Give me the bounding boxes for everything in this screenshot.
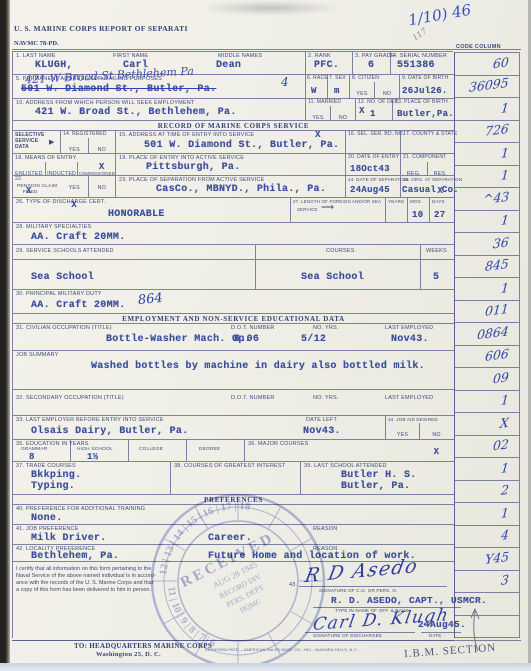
citizen-yes-cell: YES X [350, 82, 374, 98]
inducted-cell: INDUCTED [45, 162, 78, 175]
citizen-label: 8. CITIZEN [352, 76, 379, 82]
ibm-arrow-icon [458, 608, 494, 652]
last-school-label: 39. LAST SCHOOL ATTENDED [304, 463, 387, 469]
education-label: 35. EDUCATION IN YEARS [16, 441, 89, 447]
cell-education: 35. EDUCATION IN YEARS GRAMMAR 8 HIGH SC… [13, 440, 245, 461]
cell-last-employer: 33. LAST EMPLOYER BEFORE ENTRY INTO SERV… [13, 416, 386, 439]
cell-place-of-separation: 23. PLACE OF SEPARATION FROM ACTIVE SERV… [116, 176, 346, 197]
date-left-label: DATE LEFT [306, 417, 337, 423]
cell-sex: 7. SEX m [328, 75, 350, 98]
cell-years: YEARS [386, 198, 408, 222]
addressee-line-1: TO: HEADQUARTERS MARINE CORPS [74, 642, 212, 650]
grammar-value: 8 [29, 452, 35, 462]
pension-no-cell: NO [88, 176, 116, 197]
months-label: MOS. [410, 199, 422, 204]
last-employed-label: LAST EMPLOYED [385, 325, 433, 331]
cell-schools-header: 29. SERVICE SCHOOLS ATTENDED [13, 245, 256, 259]
county-state-label: 17. COUNTY & STATE [403, 132, 457, 138]
code-value: Y45 [484, 548, 509, 566]
org-at-separation-value: Casual Co. [402, 185, 459, 195]
no-label: NO [383, 91, 391, 97]
cert-line-2: Naval Service of the above named individ… [16, 573, 156, 580]
code-column: 60 36095 1 726 1 1 ^43 1 36 845 1 011 08… [454, 52, 520, 638]
trade-course-1: Bkkping. [31, 470, 81, 481]
no-label: NO [98, 185, 106, 191]
military-specialties-label: 28. MILITARY SPECIALTIES [16, 224, 91, 230]
selective-board-label: 16. SEL. SER. BD. NO. [348, 132, 404, 138]
row-means-of-entry: 18. MEANS OF ENTRY ENLISTED X INDUCTED C… [13, 154, 454, 176]
course-value: Sea School [301, 272, 364, 283]
arrow-right-icon: ⟶ [321, 202, 334, 213]
pension-filed-label: FILED [23, 190, 38, 196]
cell-school-value: Sea School [13, 260, 256, 289]
entry-address-value: 501 W. Diamond St., Butler, Pa. [144, 140, 339, 151]
cell-place-of-birth: 13. PLACE OF BIRTH Butler,Pa. [393, 99, 453, 120]
service-schools-label: 29. SERVICE SCHOOLS ATTENDED [16, 248, 114, 254]
component-res-cell: RES. X [427, 162, 454, 175]
cell-pension-claim: 22. PENSION CLAIM FILED YES X NO [13, 176, 116, 197]
cell-principal-duty: 30. PRINCIPAL MILITARY DUTY AA. Craft 20… [13, 290, 453, 313]
last-employed-value: Nov43. [391, 334, 429, 345]
ssd-label-3: DATA [15, 145, 29, 151]
cell-job-summary: JOB SUMMARY Washed bottles by machine in… [13, 351, 453, 389]
additional-training-value: None. [31, 513, 63, 524]
means-options: ENLISTED X INDUCTED COMMISSIONED [13, 162, 115, 175]
yes-label: YES [69, 147, 80, 153]
rank-value: PFC. [314, 60, 339, 71]
handwritten-mark-4: 4 [281, 75, 289, 89]
no-label: NO [432, 432, 440, 438]
cert-line-1: I certify that all information on this f… [16, 566, 151, 573]
pay-grade-label: 3. PAY GRADE [355, 53, 395, 59]
last-school-line-1: Butler H. S. [341, 470, 417, 481]
pension-yes-cell: YES X [61, 176, 88, 197]
registered-no-cell: NO X [88, 138, 116, 153]
married-label: 11. MARRIED [308, 100, 341, 106]
college-cell: COLLEGE [129, 440, 187, 461]
locality-preference-value: Bethlehem, Pa. [31, 551, 119, 562]
job-preference-label: 41. JOB PREFERENCE [16, 526, 79, 532]
means-of-entry-label: 18. MEANS OF ENTRY [15, 155, 77, 161]
cell-date-of-entry: 20. DATE OF ENTRY 18Oct43 [346, 154, 401, 175]
component-reg-cell: REG. [401, 162, 427, 175]
principal-duty-label: 30. PRINCIPAL MILITARY DUTY [16, 291, 102, 297]
code-cell: 1 [455, 211, 519, 234]
cell-serial: 4. SERIAL NUMBER 551386 [391, 52, 453, 74]
place-of-entry-value: Pittsburgh, Pa. [146, 162, 241, 173]
code-value: 1 [500, 392, 509, 408]
code-cell: 1 [455, 458, 519, 481]
code-value: 1 [500, 167, 509, 183]
row-schools-values: Sea School Sea School 5 [13, 260, 454, 290]
race-value: W [311, 86, 317, 96]
code-value: X [499, 414, 509, 430]
cert-line-3: ance with the records of the U. S. Marin… [16, 580, 153, 587]
place-of-birth-value: Butler,Pa. [397, 109, 454, 119]
code-value: 606 [485, 346, 510, 364]
principal-duty-value: AA. Craft 20MM. [31, 300, 126, 311]
code-cell: 1 [455, 143, 519, 166]
code-cell: 60 [455, 53, 519, 76]
cell-dob: 9. DATE OF BIRTH 26Jul26. [400, 75, 453, 98]
binding-edge [0, 0, 10, 671]
cell-weeks-header: WEEKS [421, 245, 453, 259]
section-title: RECORD OF MARINE CORPS SERVICE [158, 122, 310, 130]
handwritten-date-annotation: 1/10) 46 [407, 1, 473, 30]
code-value: 1 [500, 99, 509, 115]
row-civilian-occupation: 31. CIVILIAN OCCUPATION (TITLE) D.O.T. N… [13, 324, 454, 351]
job-aid-yes-cell: YES [386, 423, 419, 439]
row-principal-duty: 30. PRINCIPAL MILITARY DUTY AA. Craft 20… [13, 290, 454, 314]
code-cell: 02 [455, 436, 519, 459]
code-cell: 09 [455, 368, 519, 391]
cell-secondary-occupation: 32. SECONDARY OCCUPATION (TITLE) D.O.T. … [13, 390, 453, 415]
pointer-right-icon: ▶ [49, 138, 54, 146]
cell-selective-service: SELECTIVE SERVICE DATA ▶ [13, 131, 61, 153]
first-name-label: FIRST NAME [113, 53, 148, 59]
code-cell: 606 [455, 346, 519, 369]
major-courses-label: 36. MAJOR COURSES [248, 441, 309, 447]
courses-of-interest-label: 38. COURSES OF GREATEST INTEREST [174, 463, 285, 469]
married-yes-cell: YES X [306, 106, 330, 120]
addressee-line-2: Washington 25, D. C. [96, 651, 212, 658]
row-separation: 22. PENSION CLAIM FILED YES X NO 23. PLA… [13, 176, 454, 198]
employment-address-label: 10. ADDRESS FROM WHICH PERSON WILL SEEK … [16, 100, 195, 106]
cell-component: 21. COMPONENT REG. RES. X [401, 154, 453, 175]
trade-course-2: Typing. [31, 481, 75, 492]
days-value: 27 [434, 210, 445, 220]
job-summary-label: JOB SUMMARY [16, 352, 58, 358]
page-title: U. S. MARINE CORPS REPORT OF SEPARATI [14, 24, 188, 33]
code-value: 726 [485, 121, 510, 139]
pencil-smudge [200, 0, 340, 16]
registered-yes-cell: YES [61, 138, 88, 153]
code-value: 1 [500, 504, 509, 520]
occupation-title-value: Bottle-Washer Mach. Op. [106, 334, 251, 345]
code-cell: X [455, 413, 519, 436]
place-of-separation-label: 23. PLACE OF SEPARATION FROM ACTIVE SERV… [119, 177, 265, 183]
row-education: 35. EDUCATION IN YEARS GRAMMAR 8 HIGH SC… [13, 440, 454, 462]
job-preference-value: Milk Driver. [31, 533, 107, 544]
row-schools-header: 29. SERVICE SCHOOLS ATTENDED COURSES WEE… [13, 245, 454, 260]
row-employment-address: 10. ADDRESS FROM WHICH PERSON WILL SEEK … [13, 99, 454, 121]
college-label: COLLEGE [139, 447, 163, 453]
cell-weeks-value: 5 [421, 260, 453, 289]
last-employed-label: LAST EMPLOYED [385, 395, 433, 401]
code-cell: 1 [455, 166, 519, 189]
section-header-service: RECORD OF MARINE CORPS SERVICE [13, 121, 454, 131]
row-permanent-address: 5. PERMANENT ADDRESS FOR MAILING PURPOSE… [13, 75, 454, 99]
serial-value: 551386 [397, 60, 435, 71]
cell-discharge-cert: 26. TYPE OF DISCHARGE CERT. HONORABLE [13, 198, 291, 222]
cell-entry-address: 15. ADDRESS AT TIME OF ENTRY INTO SERVIC… [116, 131, 346, 153]
rank-label: 2. RANK [308, 53, 331, 59]
sex-label: 7. SEX [329, 76, 346, 82]
yes-label: YES [69, 185, 80, 191]
cell-dependents: 12. NO. OF DEP. 1 [356, 99, 393, 120]
code-value: 36095 [469, 75, 510, 95]
section-header-employment: EMPLOYMENT AND NON-SERVICE EDUCATIONAL D… [13, 314, 454, 324]
discharge-cert-label: 26. TYPE OF DISCHARGE CERT. [16, 199, 106, 205]
place-of-separation-value: CasCo., MBNYD., Phila., Pa. [156, 184, 326, 195]
code-cell: 1 [455, 503, 519, 526]
last-employer-value: Olsais Dairy, Butler, Pa. [31, 426, 189, 437]
foreign-service-label-1: 27. LENGTH OF FOREIGN AND/OR SEA [293, 199, 381, 204]
discharge-cert-value: HONORABLE [108, 209, 165, 220]
married-no-cell: NO [330, 106, 355, 120]
years-label: YEARS [388, 199, 404, 204]
cell-course-value: Sea School [256, 260, 421, 289]
last-school-line-2: Butler, Pa. [341, 481, 410, 492]
row-discharge: 26. TYPE OF DISCHARGE CERT. HONORABLE 27… [13, 198, 454, 223]
military-specialties-value: AA. Craft 20MM. [31, 232, 126, 243]
middle-names-label: MIDDLE NAMES [218, 53, 262, 59]
no-label: NO [98, 147, 106, 153]
code-cell: 726 [455, 121, 519, 144]
form-number: NAVMC 78-PD. [14, 40, 59, 47]
printer-imprint: REDIFORM-PATD.—AMERICAN SALES BOOK CO., … [205, 648, 357, 652]
code-cell: ^43 [455, 188, 519, 211]
code-cell: 0864 [455, 323, 519, 346]
no-yrs-label: NO. YRS. [313, 325, 339, 331]
no-yrs-label: NO. YRS. [313, 395, 339, 401]
dob-value: 26Jul26. [402, 86, 448, 96]
entry-address-label: 15. ADDRESS AT TIME OF ENTRY INTO SERVIC… [119, 132, 254, 138]
dot-number-label: D.O.T. NUMBER [231, 395, 275, 401]
component-options: REG. RES. X [401, 162, 453, 175]
code-value: 02 [492, 436, 509, 453]
dependents-value: 1 [370, 109, 376, 119]
code-value: 1 [500, 212, 509, 228]
additional-training-label: 40. PREFERENCE FOR ADDITIONAL TRAINING [16, 506, 145, 512]
code-value: 3 [500, 572, 509, 588]
scanned-separation-form: 1/10) 46 117 U. S. MARINE CORPS REPORT O… [0, 0, 531, 671]
code-value: 4 [500, 527, 509, 543]
cell-employment-address: 10. ADDRESS FROM WHICH PERSON WILL SEEK … [13, 99, 306, 120]
cell-pay-grade: 3. PAY GRADE 6 [353, 52, 391, 74]
code-cell: Y45 [455, 548, 519, 571]
last-name-label: 1. LAST NAME [16, 53, 56, 59]
pencil-annotation: 117 [411, 26, 429, 42]
courses-label: COURSES [326, 248, 355, 254]
row-selective-service: SELECTIVE SERVICE DATA ▶ 14. REGISTERED … [13, 131, 454, 154]
date-of-separation-label: 24. DATE OF SEPARATION [348, 177, 409, 182]
days-label: DAYS [432, 199, 445, 204]
job-aid-yes-no: YES NO X [386, 423, 453, 439]
code-cell: 3 [455, 571, 519, 594]
job-summary-value: Washed bottles by machine in dairy also … [91, 361, 425, 372]
code-cell: 36 [455, 233, 519, 256]
last-employer-label: 33. LAST EMPLOYER BEFORE ENTRY INTO SERV… [16, 417, 164, 423]
code-value: 1 [500, 459, 509, 475]
code-value: 09 [492, 369, 509, 386]
pay-grade-value: 6 [368, 60, 374, 71]
job-aid-label: 34. JOB AID DESIRED [388, 417, 438, 422]
code-value: 011 [485, 301, 510, 319]
weeks-value: 5 [433, 272, 439, 283]
job-aid-no-cell: NO X [419, 423, 453, 439]
cell-permanent-address: 5. PERMANENT ADDRESS FOR MAILING PURPOSE… [13, 75, 306, 98]
cell-county-state: 17. COUNTY & STATE [401, 131, 453, 153]
addressee-block: TO: HEADQUARTERS MARINE CORPS Washington… [74, 642, 212, 658]
code-cell: 1 [455, 98, 519, 121]
place-of-birth-label: 13. PLACE OF BIRTH [395, 100, 448, 106]
date-of-entry-label: 20. DATE OF ENTRY [348, 155, 399, 161]
code-cell: 1 [455, 391, 519, 414]
foreign-service-label-2: SERVICE [297, 207, 318, 212]
dot-number-label: D.O.T. NUMBER [231, 325, 275, 331]
secondary-title-label: 32. SECONDARY OCCUPATION (TITLE) [16, 395, 124, 401]
cell-courses-header: COURSES [256, 245, 421, 259]
section-title: EMPLOYMENT AND NON-SERVICE EDUCATIONAL D… [122, 315, 345, 323]
married-yes-no: YES X NO [306, 106, 355, 120]
dob-label: 9. DATE OF BIRTH [402, 76, 448, 82]
code-cell: 4 [455, 526, 519, 549]
code-cell: 1 [455, 278, 519, 301]
citizen-yes-no: YES X NO [350, 82, 399, 98]
degree-cell: DEGREE [187, 440, 244, 461]
paper-bottom-edge [0, 663, 531, 671]
school-value: Sea School [31, 272, 94, 283]
cell-citizen: 8. CITIZEN YES X NO [350, 75, 400, 98]
code-cell: 011 [455, 301, 519, 324]
cell-job-aid: 34. JOB AID DESIRED YES NO X [386, 416, 453, 439]
row-secondary-occupation: 32. SECONDARY OCCUPATION (TITLE) D.O.T. … [13, 390, 454, 416]
code-cell: 845 [455, 256, 519, 279]
component-label: 21. COMPONENT [403, 155, 446, 161]
permanent-address-typed: 501 W. Diamond St., Butler, Pa. [21, 84, 216, 95]
months-value: 10 [412, 210, 423, 220]
cell-major-courses: 36. MAJOR COURSES [245, 440, 453, 461]
cell-days: DAYS 27 [430, 198, 453, 222]
weeks-label: WEEKS [426, 248, 447, 254]
race-label: 6. RACE [307, 76, 328, 82]
cell-selective-board: 16. SEL. SER. BD. NO. [346, 131, 401, 153]
cell-military-specialties: 28. MILITARY SPECIALTIES AA. Craft 20MM. [13, 223, 453, 244]
sex-value: m [334, 86, 340, 96]
cell-rank: 2. RANK PFC. [306, 52, 353, 74]
trade-courses-label: 37. TRADE COURSES [16, 463, 76, 469]
commissioned-cell: COMMISSIONED [77, 162, 115, 175]
cell-registered: 14. REGISTERED YES NO X [61, 131, 116, 153]
no-yrs-value: 5/12 [301, 334, 326, 345]
registered-yes-no: YES NO X [61, 138, 115, 153]
dot-number-value: 6.06 [234, 334, 259, 345]
handwritten-864: 864 [137, 291, 163, 309]
code-value: 1 [500, 144, 509, 160]
pension-yes-no: YES X NO [61, 176, 115, 197]
date-of-separation-value: 24Aug45 [350, 185, 390, 195]
code-cell: 36095 [455, 76, 519, 99]
serial-label: 4. SERIAL NUMBER [393, 53, 447, 59]
citizen-no-cell: NO [374, 82, 399, 98]
row-military-specialties: 28. MILITARY SPECIALTIES AA. Craft 20MM. [13, 223, 454, 245]
row-job-summary: JOB SUMMARY Washed bottles by machine in… [13, 351, 454, 390]
yes-label: YES [356, 91, 367, 97]
cell-married: 11. MARRIED YES X NO [306, 99, 356, 120]
middle-name-value: Dean [216, 60, 241, 71]
rule-top [12, 49, 521, 50]
yes-label: YES [397, 432, 408, 438]
cell-date-of-separation: 24. DATE OF SEPARATION 24Aug45 [346, 176, 401, 197]
code-value: 1 [500, 279, 509, 295]
code-value: 60 [492, 54, 509, 71]
code-value: ^43 [482, 188, 510, 206]
employment-address-value: 421 W. Broad St., Bethlehem, Pa. [35, 107, 237, 118]
enlisted-cell: ENLISTED X [13, 162, 45, 175]
cell-foreign-service-label: 27. LENGTH OF FOREIGN AND/OR SEA SERVICE… [291, 198, 386, 222]
date-left-value: Nov43. [303, 426, 341, 437]
cell-org-at-separation: 25. ORG. AT SEPARATION Casual Co. [401, 176, 453, 197]
cert-line-4: a copy of this form has been delivered t… [16, 587, 151, 594]
place-of-entry-label: 19. PLACE OF ENTRY INTO ACTIVE SERVICE [119, 155, 244, 161]
date-label: DATE [429, 633, 441, 638]
occupation-title-label: 31. CIVILIAN OCCUPATION (TITLE) [16, 325, 112, 331]
cell-months: MOS. 10 [408, 198, 430, 222]
last-name-value: KLUGH, [35, 60, 73, 71]
cell-place-of-entry: 19. PLACE OF ENTRY INTO ACTIVE SERVICE P… [116, 154, 346, 175]
date-of-entry-value: 18Oct43 [350, 164, 390, 174]
code-value: 0864 [477, 323, 510, 342]
cell-civilian-occupation: 31. CIVILIAN OCCUPATION (TITLE) D.O.T. N… [13, 324, 453, 350]
high-school-value: 1½ [87, 452, 98, 462]
cell-race: 6. RACE W [306, 75, 328, 98]
cell-means-of-entry: 18. MEANS OF ENTRY ENLISTED X INDUCTED C… [13, 154, 116, 175]
degree-label: DEGREE [199, 447, 220, 453]
row-last-employer: 33. LAST EMPLOYER BEFORE ENTRY INTO SERV… [13, 416, 454, 440]
code-value: 2 [500, 482, 509, 498]
registered-label: 14. REGISTERED [63, 132, 107, 138]
code-cell: 2 [455, 481, 519, 504]
pension-num-label: 22. [15, 177, 23, 183]
code-value: 36 [492, 234, 509, 251]
code-value: 845 [485, 256, 510, 274]
pension-claim-label: PENSION CLAIM [17, 184, 57, 190]
